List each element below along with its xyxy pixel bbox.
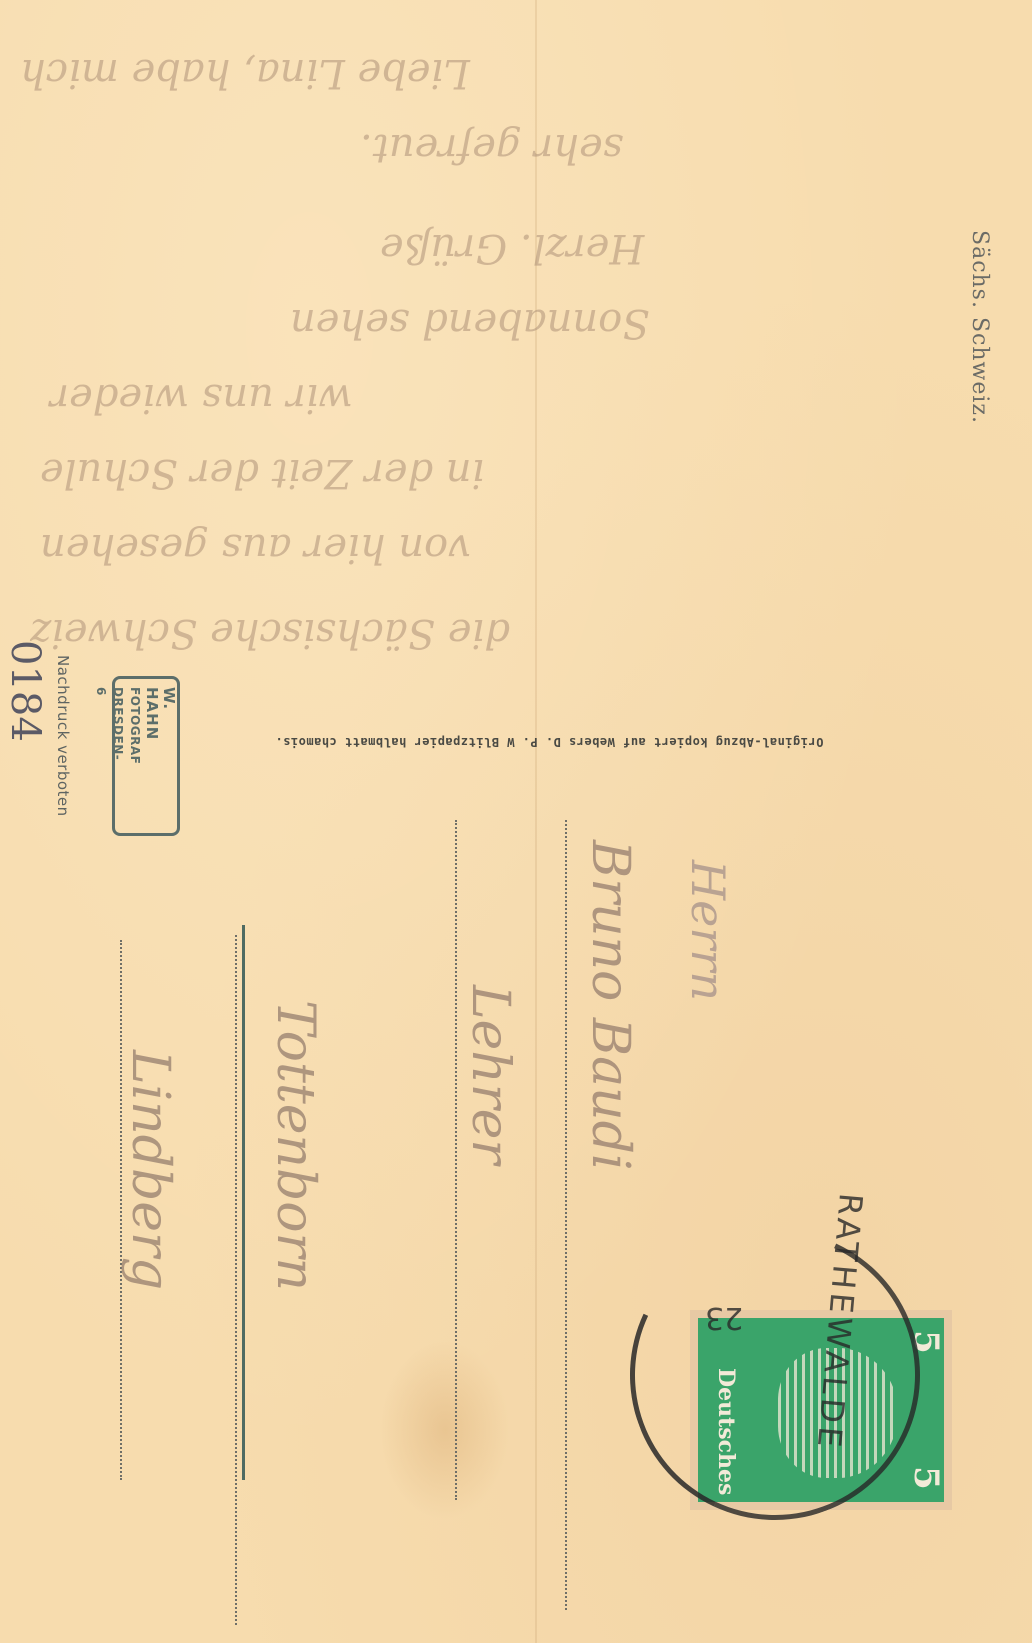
stamp-value-bottom: 5 — [906, 1466, 944, 1490]
photographer-name: W. HAHN — [143, 687, 177, 764]
message-line: wir uns wieder — [50, 375, 353, 421]
pencil-number: 0184 — [2, 640, 48, 742]
address-line-3 — [235, 935, 237, 1625]
message-line: Sonnabend sehen — [290, 300, 650, 346]
message-line: Herzl. Grüße — [380, 225, 644, 271]
divider-line — [242, 925, 245, 1480]
water-stain — [380, 1340, 510, 1520]
address-line-1 — [565, 820, 567, 1610]
photographer-title: FOTOGRAF — [126, 687, 143, 764]
message-line: die Sächsische Schweiz — [30, 610, 510, 656]
postcard-back: Sächs. Schweiz. Original-Abzug kopiert a… — [0, 0, 1032, 1643]
address-salutation: Herrn — [681, 860, 735, 1001]
message-line: Liebe Lina, habe mich — [20, 50, 470, 96]
address-place: Tottenborn — [265, 1000, 325, 1291]
message-line: sehr gefreut. — [360, 125, 623, 171]
photographer-stamp: W. HAHN FOTOGRAF DRESDEN-6 — [112, 676, 180, 836]
copyright-notice: Nachdruck verboten — [54, 655, 72, 817]
region-title: Sächs. Schweiz. — [967, 230, 992, 424]
address-occupation: Lehrer — [460, 985, 520, 1164]
printer-line: Original-Abzug kopiert auf Webers D. P. … — [275, 735, 823, 749]
photographer-city: DRESDEN-6 — [92, 687, 126, 764]
address-name: Bruno Baudi — [580, 840, 640, 1171]
address-line-2 — [455, 820, 457, 1500]
message-line: von hier aus gesehen — [40, 525, 471, 571]
postmark-date: 23 — [705, 1300, 743, 1335]
message-line: in der Zeit der Schule — [40, 450, 484, 496]
address-district: Lindberg — [120, 1050, 180, 1290]
